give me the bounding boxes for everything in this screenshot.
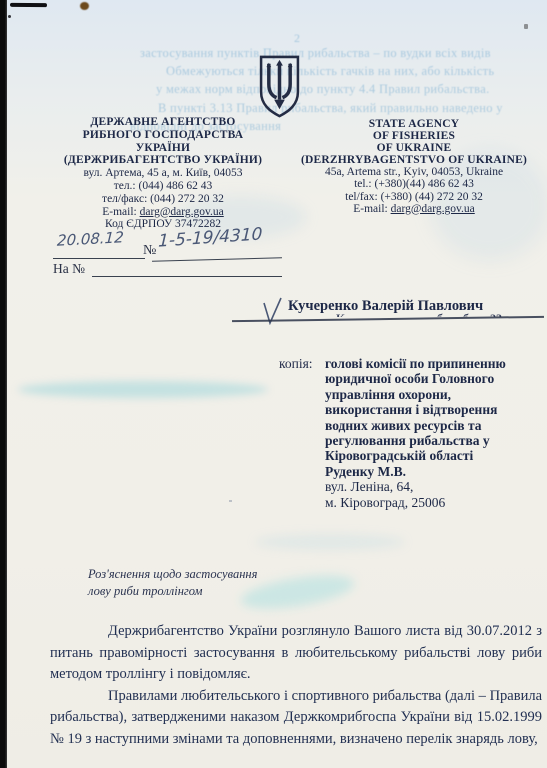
subject-line: Роз'яснення щодо застосування [88,566,257,583]
stain-dot [80,2,89,10]
subject-note: Роз'яснення щодо застосування лову риби … [88,566,257,599]
ukraine-trident-emblem [257,55,302,119]
copy-line: використання і відтворення [325,402,545,417]
agency-name-line: OF UKRAINE [377,142,452,154]
number-label: № [143,243,156,259]
agency-name-line: STATE AGENCY [369,118,459,130]
copy-line: Руденку М.В. [325,464,545,479]
copy-address-line: вул. Леніна, 64, [325,479,545,494]
copy-recipient-block: голові комісії по припиненню юридичної о… [325,356,545,510]
letter-body: Держрибагентство України розглянуло Вашо… [50,621,542,751]
agency-address: 45a, Artema str., Kyiv, 04053, Ukraine [325,166,503,178]
copy-line: водних живих ресурсів та [325,418,545,433]
agency-name-line: РИБНОГО ГОСПОДАРСТВА [83,129,244,141]
agency-tel: tel.: (+380)(44) 486 62 43 [354,178,474,190]
letterhead-ukrainian: ДЕРЖАВНЕ АГЕНТСТВО РИБНОГО ГОСПОДАРСТВА … [46,116,280,231]
redaction-fragment: б [463,311,469,317]
pen-mark [10,3,47,7]
copy-line: голові комісії по припиненню [325,356,545,371]
on-number-underline [92,276,282,277]
body-paragraph: Правилами любительського і спортивного р… [50,686,542,751]
redaction-fragment: б [437,311,443,317]
copy-line: регулювання рибальства у [325,433,545,448]
ink-bleed-smear [255,534,405,550]
scan-speck [229,500,232,502]
ghost-line: Обмежуються тільки кількість гачків на н… [128,62,546,80]
body-paragraph: Держрибагентство України розглянуло Вашо… [50,621,542,686]
copy-line: управління охорони, [325,387,545,402]
scan-speck [524,24,528,29]
agency-tel: тел.: (044) 486 62 43 [114,180,213,192]
agency-address: вул. Артема, 45 а, м. Київ, 04053 [83,167,242,179]
ghost-line: застосування пунктів Правил рибальства –… [128,44,546,62]
scan-edge-left [0,0,7,768]
agency-name-line: OF FISHERIES [373,130,455,142]
redaction-fragment: 23 [490,311,502,317]
agency-email-label: E-mail: [102,206,139,218]
date-underline [53,258,145,259]
agency-telfax: tel/fax: (+380) (44) 272 20 32 [345,191,483,203]
subject-line: лову риби троллінгом [88,583,257,600]
recipient-name: Кучеренко Валерій Павлович [288,298,483,315]
copy-line: юридичної особи Головного [325,371,545,386]
ink-dot [8,15,11,18]
agency-name-line: УКРАЇНИ [136,142,190,154]
agency-telfax: тел/факс: (044) 272 20 32 [102,193,224,205]
agency-name-line: (ДЕРЖРИБАГЕНТСТВО УКРАЇНИ) [64,154,262,166]
ghost-line: В пункті 3.13 Правил рибальства, який пр… [128,99,546,117]
agency-name-line: ДЕРЖАВНЕ АГЕНТСТВО [90,116,235,128]
copy-label: копія: [279,356,313,372]
agency-email-label: E-mail: [353,203,390,215]
handwritten-date: 20.08.12 [57,228,125,250]
agency-email: darg@darg.gov.ua [140,206,224,218]
number-underline [152,257,282,262]
agency-name-line: (DERZHRYBAGENTSTVO OF UKRAINE) [301,154,527,166]
copy-line: Кіровоградській області [325,448,545,463]
ink-bleed-smear [18,381,268,398]
agency-email: darg@darg.gov.ua [391,203,475,215]
ghost-line: у межах норм відповідно до пункту 4.4 Пр… [128,80,546,98]
copy-address-line: м. Кіровоград, 25006 [325,495,545,510]
on-number-label: На № [53,261,85,277]
scanned-letter: 2 застосування пунктів Правил рибальства… [0,0,547,768]
redaction-fragment: К [336,311,345,317]
letterhead-english: STATE AGENCY OF FISHERIES OF UKRAINE (DE… [286,118,542,215]
